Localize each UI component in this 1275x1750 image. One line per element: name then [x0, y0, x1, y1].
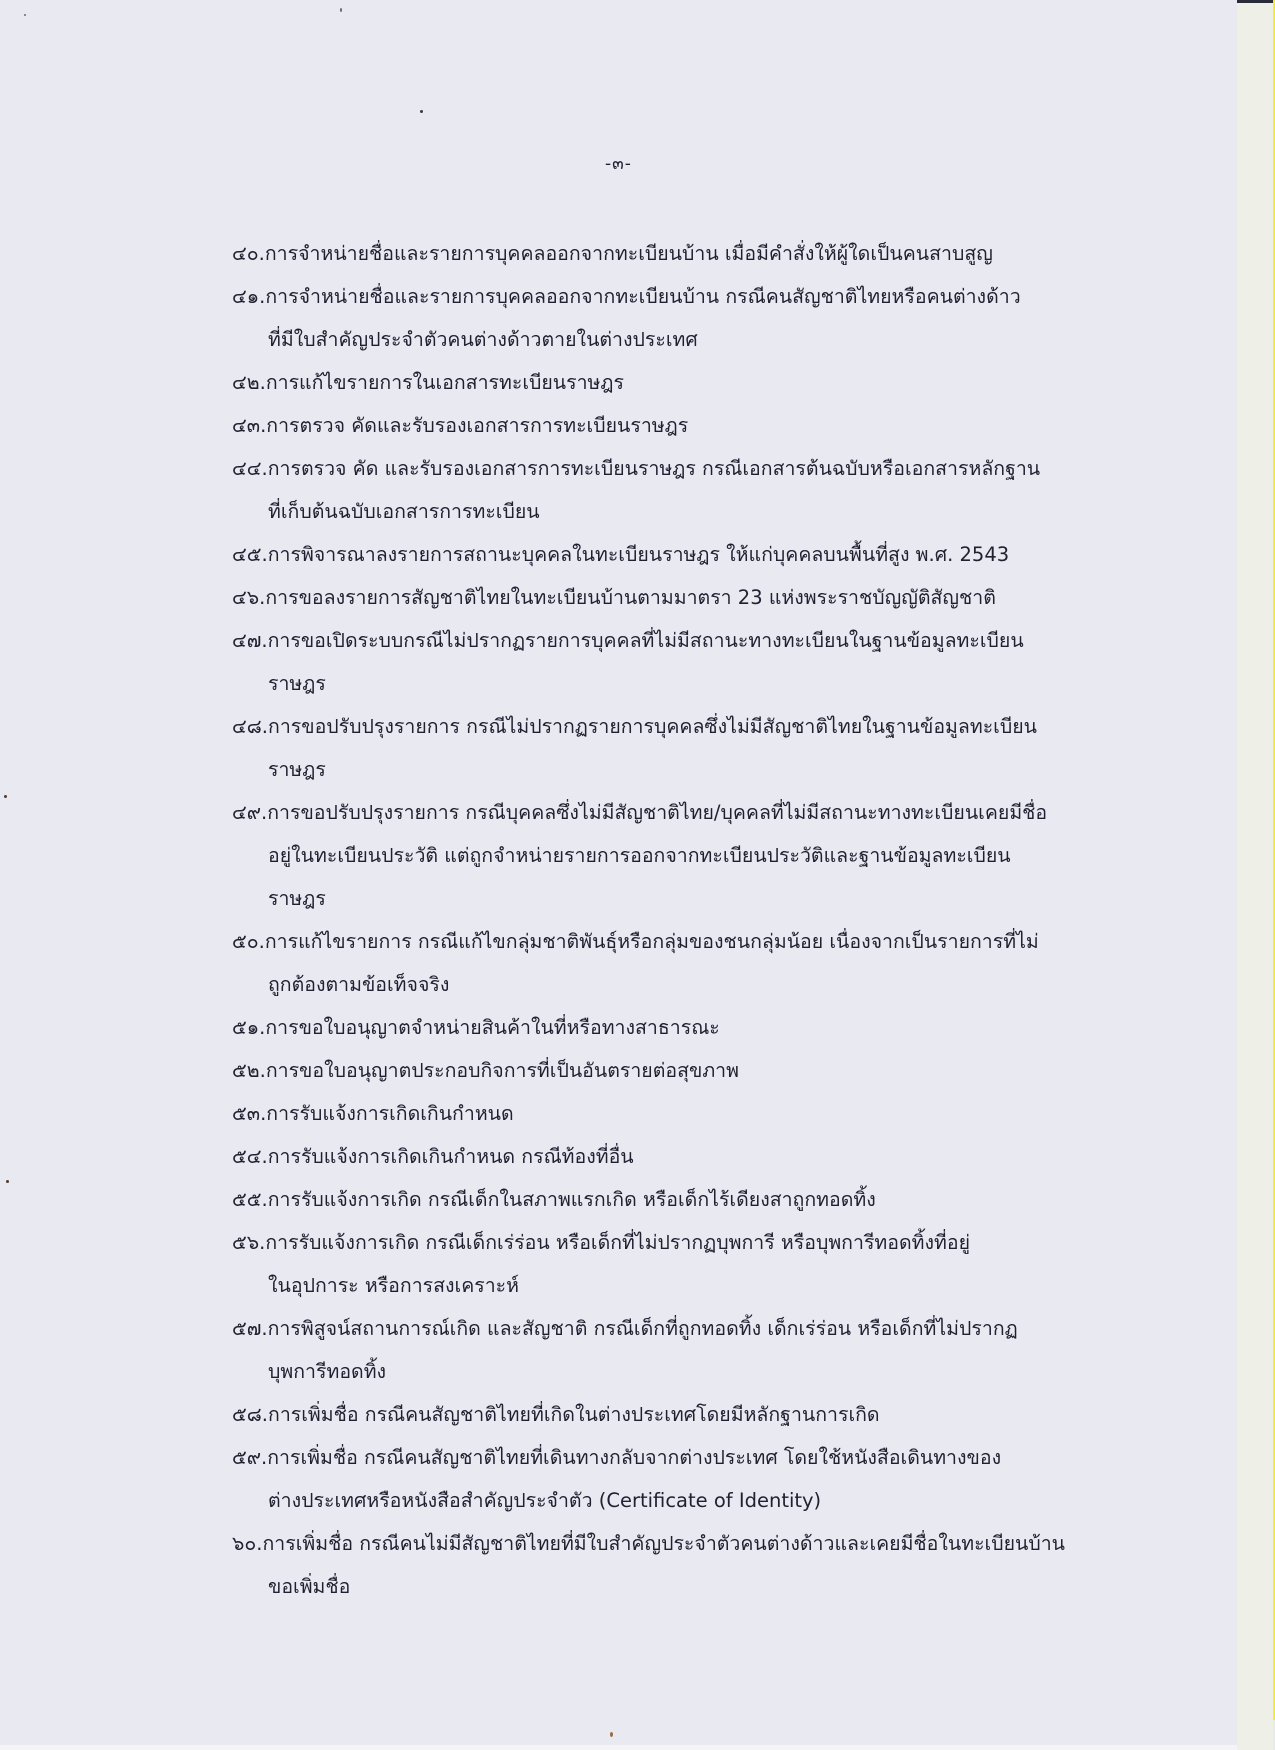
- item-number: ๕๒.: [232, 1059, 266, 1082]
- item-number: ๔๘.: [232, 715, 268, 738]
- scanner-margin-strip: [1237, 0, 1273, 1750]
- list-item-continuation-line: ถูกต้องตามข้อเท็จจริง: [232, 963, 1112, 1006]
- item-text: การรับแจ้งการเกิดเกินกำหนด: [266, 1102, 513, 1125]
- list-item-first-line: ๖๐.การเพิ่มชื่อ กรณีคนไม่มีสัญชาติไทยที่…: [232, 1522, 1112, 1565]
- list-item-continuation-line: ที่เก็บต้นฉบับเอกสารการทะเบียน: [232, 490, 1112, 533]
- scan-speck: [24, 14, 26, 16]
- scan-speck: [4, 795, 7, 798]
- list-item-first-line: ๔๗.การขอเปิดระบบกรณีไม่ปรากฏรายการบุคคลท…: [232, 619, 1112, 662]
- list-item: ๕๖.การรับแจ้งการเกิด กรณีเด็กเร่ร่อน หรื…: [232, 1221, 1112, 1307]
- page-number: -๓-: [0, 150, 1237, 177]
- list-item-first-line: ๔๑.การจำหน่ายชื่อและรายการบุคคลออกจากทะเ…: [232, 275, 1112, 318]
- list-item: ๔๒.การแก้ไขรายการในเอกสารทะเบียนราษฎร: [232, 361, 1112, 404]
- list-item-continuation-line: อยู่ในทะเบียนประวัติ แต่ถูกจำหน่ายรายการ…: [232, 834, 1112, 877]
- list-item-continuation-line: ราษฎร: [232, 662, 1112, 705]
- list-item: ๔๖.การขอลงรายการสัญชาติไทยในทะเบียนบ้านต…: [232, 576, 1112, 619]
- item-text: การขอใบอนุญาตประกอบกิจการที่เป็นอันตรายต…: [266, 1059, 739, 1082]
- list-item-continuation-line: ที่มีใบสำคัญประจำตัวคนต่างด้าวตายในต่างป…: [232, 318, 1112, 361]
- item-number: ๔๓.: [232, 414, 266, 437]
- list-item-first-line: ๕๕.การรับแจ้งการเกิด กรณีเด็กในสภาพแรกเก…: [232, 1178, 1112, 1221]
- item-number: ๔๖.: [232, 586, 265, 609]
- item-number: ๔๙.: [232, 801, 267, 824]
- list-item-continuation-line: บุพการีทอดทิ้ง: [232, 1350, 1112, 1393]
- item-text: การจำหน่ายชื่อและรายการบุคคลออกจากทะเบีย…: [265, 242, 993, 265]
- item-text: การขอลงรายการสัญชาติไทยในทะเบียนบ้านตามม…: [265, 586, 996, 609]
- list-item: ๔๐.การจำหน่ายชื่อและรายการบุคคลออกจากทะเ…: [232, 232, 1112, 275]
- service-list: ๔๐.การจำหน่ายชื่อและรายการบุคคลออกจากทะเ…: [232, 232, 1112, 1608]
- list-item-first-line: ๕๒.การขอใบอนุญาตประกอบกิจการที่เป็นอันตร…: [232, 1049, 1112, 1092]
- item-text: การตรวจ คัดและรับรองเอกสารการทะเบียนราษฎ…: [266, 414, 688, 437]
- item-number: ๕๑.: [232, 1016, 265, 1039]
- list-item-first-line: ๕๙.การเพิ่มชื่อ กรณีคนสัญชาติไทยที่เดินท…: [232, 1436, 1112, 1479]
- item-text: การรับแจ้งการเกิด กรณีเด็กในสภาพแรกเกิด …: [268, 1188, 876, 1211]
- item-text: การแก้ไขรายการ กรณีแก้ไขกลุ่มชาติพันธุ์ห…: [265, 930, 1039, 953]
- list-item-first-line: ๔๘.การขอปรับปรุงรายการ กรณีไม่ปรากฏรายกา…: [232, 705, 1112, 748]
- item-number: ๕๗.: [232, 1317, 268, 1340]
- list-item: ๔๓.การตรวจ คัดและรับรองเอกสารการทะเบียนร…: [232, 404, 1112, 447]
- list-item: ๔๕.การพิจารณาลงรายการสถานะบุคคลในทะเบียน…: [232, 533, 1112, 576]
- list-item-first-line: ๕๐.การแก้ไขรายการ กรณีแก้ไขกลุ่มชาติพันธ…: [232, 920, 1112, 963]
- item-text: การขอปรับปรุงรายการ กรณีไม่ปรากฏรายการบุ…: [268, 715, 1037, 738]
- item-number: ๔๗.: [232, 629, 268, 652]
- item-text: การขอปรับปรุงรายการ กรณีบุคคลซึ่งไม่มีสั…: [267, 801, 1047, 824]
- list-item: ๕๘.การเพิ่มชื่อ กรณีคนสัญชาติไทยที่เกิดใ…: [232, 1393, 1112, 1436]
- list-item: ๔๙.การขอปรับปรุงรายการ กรณีบุคคลซึ่งไม่ม…: [232, 791, 1112, 920]
- list-item-first-line: ๕๓.การรับแจ้งการเกิดเกินกำหนด: [232, 1092, 1112, 1135]
- list-item: ๕๗.การพิสูจน์สถานการณ์เกิด และสัญชาติ กร…: [232, 1307, 1112, 1393]
- list-item-continuation-line: ขอเพิ่มชื่อ: [232, 1565, 1112, 1608]
- list-item: ๕๓.การรับแจ้งการเกิดเกินกำหนด: [232, 1092, 1112, 1135]
- item-text: การตรวจ คัด และรับรองเอกสารการทะเบียนราษ…: [268, 457, 1040, 480]
- scan-speck: [610, 1732, 613, 1737]
- list-item: ๕๐.การแก้ไขรายการ กรณีแก้ไขกลุ่มชาติพันธ…: [232, 920, 1112, 1006]
- item-text: การเพิ่มชื่อ กรณีคนสัญชาติไทยที่เกิดในต่…: [268, 1403, 880, 1426]
- list-item: ๕๑.การขอใบอนุญาตจำหน่ายสินค้าในที่หรือทา…: [232, 1006, 1112, 1049]
- list-item-first-line: ๔๖.การขอลงรายการสัญชาติไทยในทะเบียนบ้านต…: [232, 576, 1112, 619]
- list-item: ๕๔.การรับแจ้งการเกิดเกินกำหนด กรณีท้องที…: [232, 1135, 1112, 1178]
- list-item-continuation-line: ต่างประเทศหรือหนังสือสำคัญประจำตัว (Cert…: [232, 1479, 1112, 1522]
- list-item-first-line: ๔๓.การตรวจ คัดและรับรองเอกสารการทะเบียนร…: [232, 404, 1112, 447]
- item-number: ๕๓.: [232, 1102, 266, 1125]
- scan-speck: [6, 1180, 9, 1183]
- list-item-first-line: ๔๔.การตรวจ คัด และรับรองเอกสารการทะเบียน…: [232, 447, 1112, 490]
- list-item-continuation-line: ในอุปการะ หรือการสงเคราะห์: [232, 1264, 1112, 1307]
- item-number: ๕๙.: [232, 1446, 267, 1469]
- item-text: การขอเปิดระบบกรณีไม่ปรากฏรายการบุคคลที่ไ…: [268, 629, 1024, 652]
- item-text: การพิจารณาลงรายการสถานะบุคคลในทะเบียนราษ…: [268, 543, 1009, 566]
- scanner-edge-bar: [1237, 0, 1273, 3]
- list-item-first-line: ๔๕.การพิจารณาลงรายการสถานะบุคคลในทะเบียน…: [232, 533, 1112, 576]
- item-text: การรับแจ้งการเกิด กรณีเด็กเร่ร่อน หรือเด…: [265, 1231, 970, 1254]
- list-item-first-line: ๔๒.การแก้ไขรายการในเอกสารทะเบียนราษฎร: [232, 361, 1112, 404]
- item-text: การจำหน่ายชื่อและรายการบุคคลออกจากทะเบีย…: [265, 285, 1020, 308]
- list-item-first-line: ๕๗.การพิสูจน์สถานการณ์เกิด และสัญชาติ กร…: [232, 1307, 1112, 1350]
- list-item-first-line: ๕๘.การเพิ่มชื่อ กรณีคนสัญชาติไทยที่เกิดใ…: [232, 1393, 1112, 1436]
- list-item-first-line: ๕๑.การขอใบอนุญาตจำหน่ายสินค้าในที่หรือทา…: [232, 1006, 1112, 1049]
- item-number: ๔๐.: [232, 242, 265, 265]
- list-item-first-line: ๔๙.การขอปรับปรุงรายการ กรณีบุคคลซึ่งไม่ม…: [232, 791, 1112, 834]
- item-text: การแก้ไขรายการในเอกสารทะเบียนราษฎร: [266, 371, 624, 394]
- item-number: ๕๕.: [232, 1188, 268, 1211]
- item-text: การพิสูจน์สถานการณ์เกิด และสัญชาติ กรณีเ…: [268, 1317, 1018, 1340]
- list-item: ๔๔.การตรวจ คัด และรับรองเอกสารการทะเบียน…: [232, 447, 1112, 533]
- scanner-bottom-edge: [0, 1745, 1237, 1750]
- item-number: ๖๐.: [232, 1532, 262, 1555]
- list-item-first-line: ๕๔.การรับแจ้งการเกิดเกินกำหนด กรณีท้องที…: [232, 1135, 1112, 1178]
- list-item-continuation-line: ราษฎร: [232, 748, 1112, 791]
- item-number: ๔๑.: [232, 285, 265, 308]
- item-number: ๕๖.: [232, 1231, 265, 1254]
- list-item: ๔๗.การขอเปิดระบบกรณีไม่ปรากฏรายการบุคคลท…: [232, 619, 1112, 705]
- item-number: ๔๕.: [232, 543, 268, 566]
- list-item: ๕๒.การขอใบอนุญาตประกอบกิจการที่เป็นอันตร…: [232, 1049, 1112, 1092]
- scan-speck: [420, 110, 423, 113]
- scan-speck: [340, 8, 342, 12]
- item-text: การรับแจ้งการเกิดเกินกำหนด กรณีท้องที่อื…: [268, 1145, 634, 1168]
- item-number: ๕๔.: [232, 1145, 268, 1168]
- item-text: การเพิ่มชื่อ กรณีคนไม่มีสัญชาติไทยที่มีใ…: [262, 1532, 1065, 1555]
- list-item-first-line: ๕๖.การรับแจ้งการเกิด กรณีเด็กเร่ร่อน หรื…: [232, 1221, 1112, 1264]
- item-number: ๕๐.: [232, 930, 265, 953]
- item-text: การเพิ่มชื่อ กรณีคนสัญชาติไทยที่เดินทางก…: [267, 1446, 1001, 1469]
- list-item: ๕๙.การเพิ่มชื่อ กรณีคนสัญชาติไทยที่เดินท…: [232, 1436, 1112, 1522]
- item-number: ๔๔.: [232, 457, 268, 480]
- item-number: ๔๒.: [232, 371, 266, 394]
- list-item: ๕๕.การรับแจ้งการเกิด กรณีเด็กในสภาพแรกเก…: [232, 1178, 1112, 1221]
- list-item-first-line: ๔๐.การจำหน่ายชื่อและรายการบุคคลออกจากทะเ…: [232, 232, 1112, 275]
- list-item: ๔๑.การจำหน่ายชื่อและรายการบุคคลออกจากทะเ…: [232, 275, 1112, 361]
- item-text: การขอใบอนุญาตจำหน่ายสินค้าในที่หรือทางสา…: [265, 1016, 719, 1039]
- list-item: ๖๐.การเพิ่มชื่อ กรณีคนไม่มีสัญชาติไทยที่…: [232, 1522, 1112, 1608]
- list-item-continuation-line: ราษฎร: [232, 877, 1112, 920]
- item-number: ๕๘.: [232, 1403, 268, 1426]
- list-item: ๔๘.การขอปรับปรุงรายการ กรณีไม่ปรากฏรายกา…: [232, 705, 1112, 791]
